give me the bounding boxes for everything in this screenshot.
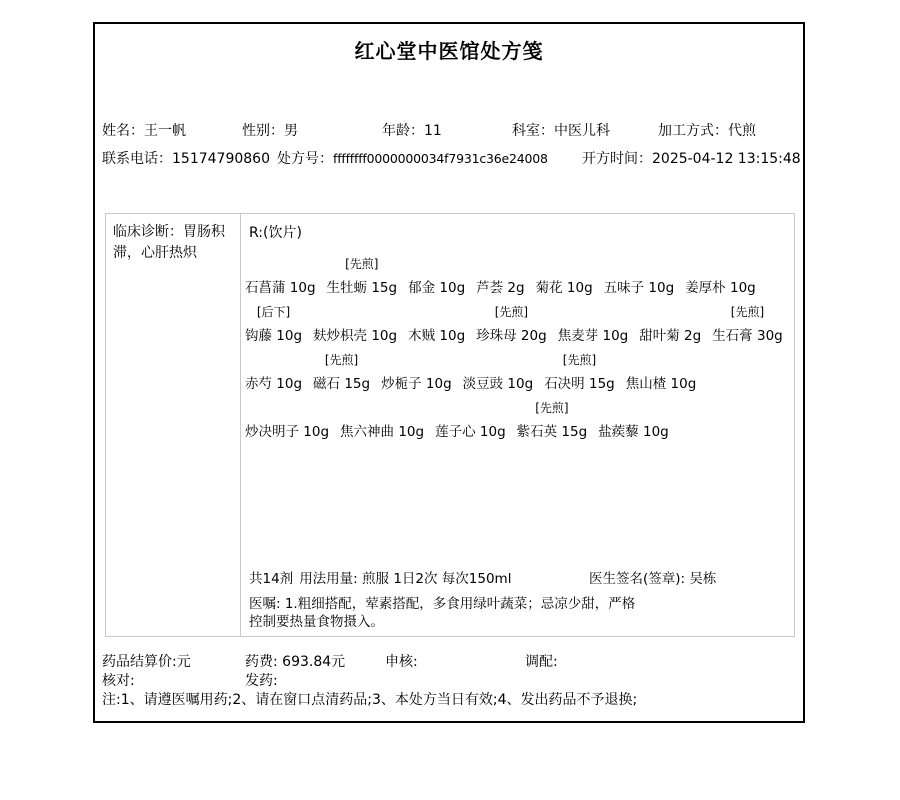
issue-time-label: 开方时间： — [582, 151, 652, 167]
herb-rows: 石菖蒲 10g[先煎]生牡蛎 15g郁金 10g芦荟 2g菊花 10g五味子 1… — [245, 255, 790, 447]
review-field: 申核: — [385, 651, 418, 671]
patient-name-value: 王一帆 — [144, 123, 186, 139]
herb-name-dose: 赤芍 10g — [245, 370, 302, 399]
herb-item: 淡豆豉 10g — [463, 351, 534, 399]
usage-summary-line: 共14剂用法用量: 煎服 1日2次 每次150ml 医生签名(签章): 吴栋 — [249, 567, 786, 584]
issue-time-field: 开方时间：2025-04-12 13:15:48 — [582, 148, 801, 168]
department-label: 科室： — [512, 123, 554, 139]
herb-name-dose: 钩藤 10g — [245, 322, 302, 351]
herb-decoction-tag: [先煎] — [517, 399, 588, 418]
patient-name-field: 姓名：王一帆 — [102, 120, 186, 140]
clinical-diagnosis-cell: 临床诊断：胃肠积滞，心肝热炽 — [106, 214, 241, 636]
herb-decoction-tag — [604, 255, 675, 274]
page-title: 红心堂中医馆处方笺 — [95, 35, 803, 64]
herb-item: [先煎]紫石英 15g — [517, 399, 588, 447]
herb-name-dose: 焦山楂 10g — [626, 370, 697, 399]
herb-item: 盐蒺藜 10g — [598, 399, 669, 447]
usage-instructions: 用法用量: 煎服 1日2次 每次150ml — [299, 571, 511, 587]
rx-cell: R:(饮片) 石菖蒲 10g[先煎]生牡蛎 15g郁金 10g芦荟 2g菊花 1… — [241, 214, 794, 636]
herb-decoction-tag: [先煎] — [544, 351, 615, 370]
herb-item: 莲子心 10g — [435, 399, 506, 447]
herb-item: 五味子 10g — [604, 255, 675, 303]
herb-decoction-tag: [后下] — [245, 303, 302, 322]
medical-advice-line: 控制要热量食物摄入。 — [249, 613, 786, 631]
processing-method-value: 代煎 — [728, 123, 756, 139]
prescription-page: 红心堂中医馆处方笺 姓名：王一帆 性别：男 年龄：11 科室：中医儿科 加工方式… — [93, 22, 805, 723]
herb-name-dose: 菊花 10g — [536, 274, 593, 303]
herb-decoction-tag — [536, 255, 593, 274]
department-field: 科室：中医儿科 — [512, 120, 610, 140]
herb-name-dose: 炒决明子 10g — [245, 418, 329, 447]
herb-decoction-tag — [558, 303, 629, 322]
herb-name-dose: 木贼 10g — [408, 322, 465, 351]
herb-decoction-tag — [463, 351, 534, 370]
herb-item: 焦六神曲 10g — [340, 399, 424, 447]
herb-name-dose: 珍珠母 20g — [476, 322, 547, 351]
herb-decoction-tag — [245, 255, 316, 274]
rx-header: R:(饮片) — [249, 222, 790, 242]
herb-decoction-tag — [639, 303, 701, 322]
herb-item: 木贼 10g — [408, 303, 465, 351]
processing-method-field: 加工方式：代煎 — [658, 120, 756, 140]
herb-decoction-tag — [598, 399, 669, 418]
herb-item: 炒栀子 10g — [381, 351, 452, 399]
patient-gender-field: 性别：男 — [242, 120, 298, 140]
herb-item: 菊花 10g — [536, 255, 593, 303]
herb-item: 炒决明子 10g — [245, 399, 329, 447]
herb-item: 甜叶菊 2g — [639, 303, 701, 351]
patient-gender-value: 男 — [284, 123, 298, 139]
herb-decoction-tag — [685, 255, 756, 274]
herb-decoction-tag — [245, 399, 329, 418]
herb-decoction-tag: [先煎] — [327, 255, 398, 274]
rx-footer-block: 共14剂用法用量: 煎服 1日2次 每次150ml 医生签名(签章): 吴栋 医… — [249, 567, 786, 631]
herb-name-dose: 甜叶菊 2g — [639, 322, 701, 351]
herb-item: [先煎]磁石 15g — [313, 351, 370, 399]
herb-decoction-tag — [340, 399, 424, 418]
herb-name-dose: 炒栀子 10g — [381, 370, 452, 399]
phone-field: 联系电话：15174790860 — [102, 148, 270, 168]
herb-decoction-tag: [先煎] — [313, 351, 370, 370]
processing-method-label: 加工方式： — [658, 123, 728, 139]
herb-name-dose: 生石膏 30g — [712, 322, 783, 351]
herb-item: 麸炒枳壳 10g — [313, 303, 397, 351]
herb-item: [后下]钩藤 10g — [245, 303, 302, 351]
issue-time-value: 2025-04-12 13:15:48 — [652, 151, 801, 167]
herb-item: 焦山楂 10g — [626, 351, 697, 399]
herb-item: 石菖蒲 10g — [245, 255, 316, 303]
herb-name-dose: 磁石 15g — [313, 370, 370, 399]
doctor-signature-label: 医生签名(签章): — [589, 571, 689, 587]
herb-name-dose: 石菖蒲 10g — [245, 274, 316, 303]
herb-decoction-tag — [245, 351, 302, 370]
patient-age-field: 年龄：11 — [382, 120, 442, 140]
herb-decoction-tag — [408, 303, 465, 322]
herb-name-dose: 麸炒枳壳 10g — [313, 322, 397, 351]
patient-age-value: 11 — [424, 123, 442, 139]
herb-decoction-tag — [626, 351, 697, 370]
herb-decoction-tag — [476, 255, 524, 274]
herb-name-dose: 五味子 10g — [604, 274, 675, 303]
medical-advice: 医嘱: 1.粗细搭配，荤素搭配，多食用绿叶蔬菜；忌凉少甜，严格 控制要热量食物摄… — [249, 595, 786, 631]
medicine-fee-field: 药费: 693.84元 — [245, 651, 345, 671]
rx-number-value: ffffffff0000000034f7931c36e24008 — [333, 151, 548, 166]
phone-label: 联系电话： — [102, 151, 172, 167]
herb-decoction-tag — [313, 303, 397, 322]
herb-name-dose: 盐蒺藜 10g — [598, 418, 669, 447]
herb-decoction-tag: [先煎] — [476, 303, 547, 322]
herb-name-dose: 焦六神曲 10g — [340, 418, 424, 447]
dispense-field: 发药: — [245, 670, 278, 690]
total-doses: 共14剂 — [249, 571, 293, 587]
herb-item: 赤芍 10g — [245, 351, 302, 399]
patient-gender-label: 性别： — [242, 123, 284, 139]
herb-item: 芦荟 2g — [476, 255, 524, 303]
herb-item: [先煎]生石膏 30g — [712, 303, 783, 351]
prescription-box: 临床诊断：胃肠积滞，心肝热炽 R:(饮片) 石菖蒲 10g[先煎]生牡蛎 15g… — [105, 213, 795, 637]
herb-decoction-tag — [408, 255, 465, 274]
herb-item: [先煎]珍珠母 20g — [476, 303, 547, 351]
doctor-signature-name: 吴栋 — [689, 571, 716, 587]
herb-name-dose: 淡豆豉 10g — [463, 370, 534, 399]
rx-number-field: 处方号：ffffffff0000000034f7931c36e24008 — [277, 148, 548, 168]
herb-row: 炒决明子 10g焦六神曲 10g莲子心 10g[先煎]紫石英 15g盐蒺藜 10… — [245, 399, 790, 447]
department-value: 中医儿科 — [554, 123, 610, 139]
herb-name-dose: 紫石英 15g — [517, 418, 588, 447]
herb-item: 焦麦芽 10g — [558, 303, 629, 351]
herb-item: 姜厚朴 10g — [685, 255, 756, 303]
herb-decoction-tag: [先煎] — [712, 303, 783, 322]
herb-item: [先煎]生牡蛎 15g — [327, 255, 398, 303]
herb-decoction-tag — [435, 399, 506, 418]
herb-row: 石菖蒲 10g[先煎]生牡蛎 15g郁金 10g芦荟 2g菊花 10g五味子 1… — [245, 255, 790, 303]
doctor-signature-field: 医生签名(签章): 吴栋 — [589, 567, 716, 587]
patient-age-label: 年龄： — [382, 123, 424, 139]
herb-name-dose: 石决明 15g — [544, 370, 615, 399]
rx-number-label: 处方号： — [277, 151, 333, 167]
prepare-field: 调配: — [525, 651, 558, 671]
herb-item: [先煎]石决明 15g — [544, 351, 615, 399]
herb-row: [后下]钩藤 10g麸炒枳壳 10g木贼 10g[先煎]珍珠母 20g焦麦芽 1… — [245, 303, 790, 351]
herb-item: 郁金 10g — [408, 255, 465, 303]
herb-name-dose: 生牡蛎 15g — [327, 274, 398, 303]
phone-value: 15174790860 — [172, 151, 270, 167]
herb-decoction-tag — [381, 351, 452, 370]
diagnosis-label: 临床诊断： — [113, 224, 183, 240]
check-field: 核对: — [102, 670, 135, 690]
herb-name-dose: 焦麦芽 10g — [558, 322, 629, 351]
herb-name-dose: 姜厚朴 10g — [685, 274, 756, 303]
herb-name-dose: 芦荟 2g — [476, 274, 524, 303]
herb-name-dose: 郁金 10g — [408, 274, 465, 303]
medical-advice-line: 医嘱: 1.粗细搭配，荤素搭配，多食用绿叶蔬菜；忌凉少甜，严格 — [249, 595, 786, 613]
footer-note: 注:1、请遵医嘱用药;2、请在窗口点清药品;3、本处方当日有效;4、发出药品不予… — [102, 689, 637, 709]
patient-name-label: 姓名： — [102, 123, 144, 139]
herb-row: 赤芍 10g[先煎]磁石 15g炒栀子 10g淡豆豉 10g[先煎]石决明 15… — [245, 351, 790, 399]
herb-name-dose: 莲子心 10g — [435, 418, 506, 447]
settlement-price-field: 药品结算价:元 — [102, 651, 191, 671]
